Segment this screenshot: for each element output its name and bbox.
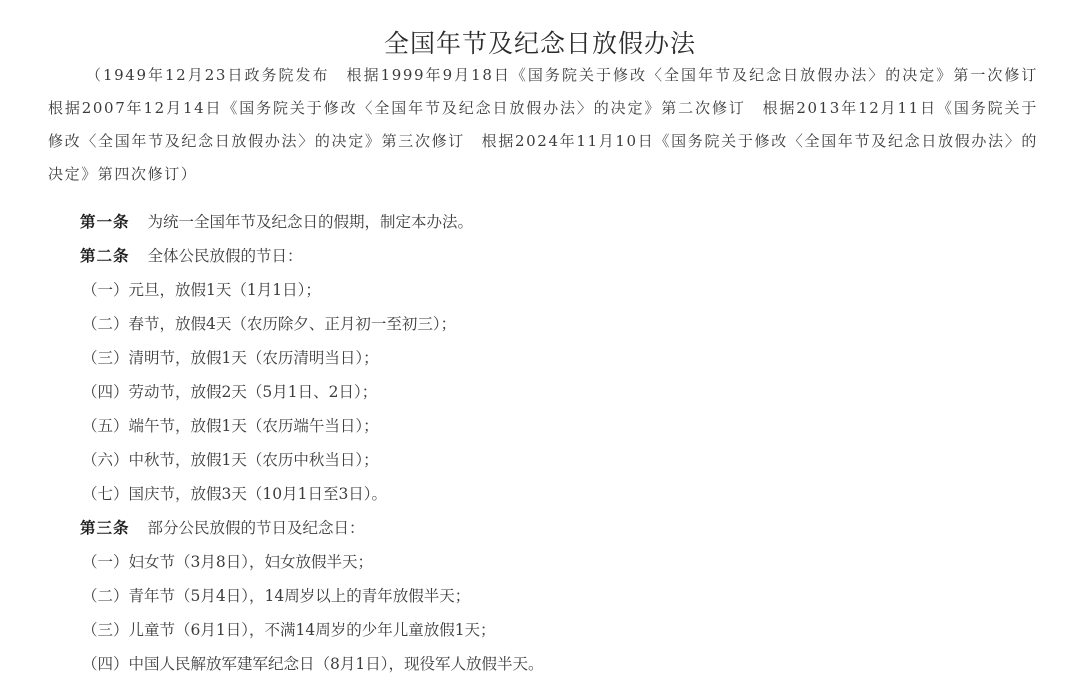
article-1: 第一条为统一全国年节及纪念日的假期，制定本办法。: [80, 205, 1040, 239]
article-label: 第三条: [80, 518, 130, 537]
article-text: 全体公民放假的节日：: [148, 247, 303, 265]
list-item: （二）春节，放假4天（农历除夕、正月初一至初三）；: [80, 307, 1040, 341]
list-item: （七）国庆节，放假3天（10月1日至3日）。: [80, 477, 1040, 511]
document-title: 全国年节及纪念日放假办法: [0, 25, 1080, 63]
article-text: 部分公民放假的节日及纪念日：: [148, 519, 365, 537]
list-item: （一）妇女节（3月8日），妇女放假半天；: [80, 545, 1040, 579]
article-3: 第三条部分公民放假的节日及纪念日：: [80, 511, 1040, 545]
list-item: （二）青年节（5月4日），14周岁以上的青年放假半天；: [80, 579, 1040, 613]
list-item: （四）劳动节，放假2天（5月1日、2日）；: [80, 375, 1040, 409]
list-item: （一）元旦，放假1天（1月1日）；: [80, 273, 1040, 307]
list-item: （五）端午节，放假1天（农历端午当日）；: [80, 409, 1040, 443]
article-2: 第二条全体公民放假的节日：: [80, 239, 1040, 273]
list-item: （六）中秋节，放假1天（农历中秋当日）；: [80, 443, 1040, 477]
revision-note: （1949年12月23日政务院发布 根据1999年9月18日《国务院关于修改〈全…: [48, 59, 1038, 191]
list-item: （三）清明节，放假1天（农历清明当日）；: [80, 341, 1040, 375]
articles-section: 第一条为统一全国年节及纪念日的假期，制定本办法。 第二条全体公民放假的节日： （…: [80, 205, 1040, 681]
article-label: 第二条: [80, 246, 130, 265]
article-text: 为统一全国年节及纪念日的假期，制定本办法。: [148, 213, 474, 231]
list-item: （四）中国人民解放军建军纪念日（8月1日），现役军人放假半天。: [80, 647, 1040, 681]
list-item: （三）儿童节（6月1日），不满14周岁的少年儿童放假1天；: [80, 613, 1040, 647]
article-label: 第一条: [80, 212, 130, 231]
